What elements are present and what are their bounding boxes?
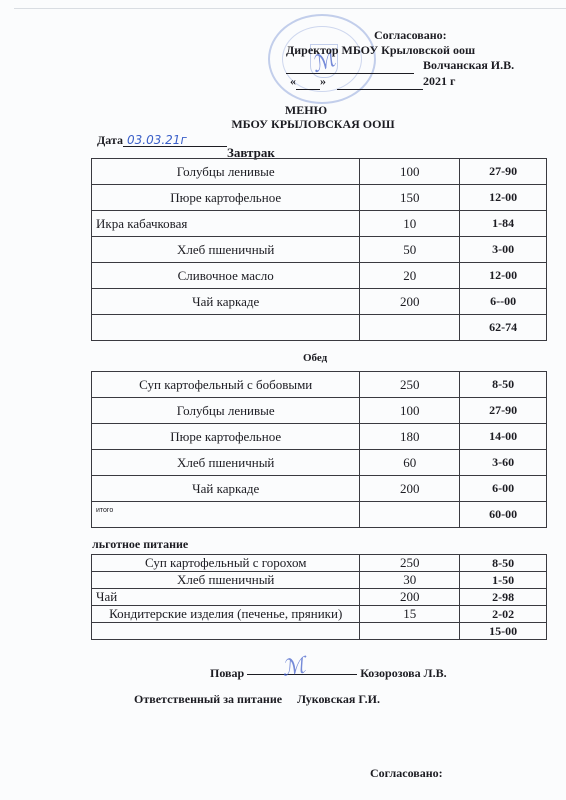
table-row: Пюре картофельное15012-00 (92, 185, 547, 211)
table-row: Суп картофельный с бобовыми2508-50 (92, 372, 547, 398)
price: 8-50 (460, 555, 547, 572)
table-row: Голубцы ленивые10027-90 (92, 159, 547, 185)
dish-name: Хлеб пшеничный (92, 572, 360, 589)
portion-grams: 200 (360, 289, 460, 315)
price: 3-60 (460, 450, 547, 476)
table-row: Сливочное масло2012-00 (92, 263, 547, 289)
lunch-heading: Обед (303, 352, 327, 364)
table-row: Кондитерские изделия (печенье, пряники)1… (92, 606, 547, 623)
table-row: Икра кабачковая101-84 (92, 211, 547, 237)
dish-name: Чай каркаде (92, 289, 360, 315)
portion-grams: 250 (360, 555, 460, 572)
subsidized-heading: льготное питание (92, 537, 188, 552)
total-row: итого60-00 (92, 502, 547, 528)
portion-grams: 60 (360, 450, 460, 476)
total-price: 60-00 (460, 502, 547, 528)
price: 15-00 (460, 623, 547, 640)
dish-name: Суп картофельный с горохом (92, 555, 360, 572)
dish-name (92, 623, 360, 640)
portion-grams: 20 (360, 263, 460, 289)
portion-grams: 100 (360, 398, 460, 424)
price: 6--00 (460, 289, 547, 315)
footer-approval-heading: Согласовано: (370, 766, 443, 781)
portion-grams (360, 623, 460, 640)
price: 12-00 (460, 263, 547, 289)
portion-grams: 100 (360, 159, 460, 185)
dish-name: Пюре картофельное (92, 185, 360, 211)
approval-year: 2021 г (423, 74, 455, 88)
dish-name: Сливочное масло (92, 263, 360, 289)
price: 8-50 (460, 372, 547, 398)
price: 6-00 (460, 476, 547, 502)
date-label: Дата (97, 133, 123, 147)
approval-block: Согласовано: Директор МБОУ Крыловской оо… (286, 28, 556, 90)
total-qty (360, 502, 460, 528)
portion-grams: 15 (360, 606, 460, 623)
document-title: МЕНЮ МБОУ КРЫЛОВСКАЯ ООШ (0, 103, 566, 131)
price: 2-98 (460, 589, 547, 606)
title-school: МБОУ КРЫЛОВСКАЯ ООШ (0, 117, 566, 131)
month-line (337, 74, 423, 90)
table-row: Хлеб пшеничный301-50 (92, 572, 547, 589)
date-value: 03.03.21г (123, 134, 227, 147)
portion-grams: 250 (360, 372, 460, 398)
dish-name: Хлеб пшеничный (92, 450, 360, 476)
portion-grams: 180 (360, 424, 460, 450)
portion-grams (360, 315, 460, 341)
price: 2-02 (460, 606, 547, 623)
table-row: Суп картофельный с горохом2508-50 (92, 555, 547, 572)
dish-name: Голубцы ленивые (92, 398, 360, 424)
price: 14-00 (460, 424, 547, 450)
approval-heading: Согласовано: (286, 28, 556, 43)
price: 1-50 (460, 572, 547, 589)
price: 1-84 (460, 211, 547, 237)
table-row: Чай каркаде2006--00 (92, 289, 547, 315)
table-row: 15-00 (92, 623, 547, 640)
dish-name: Голубцы ленивые (92, 159, 360, 185)
breakfast-table: Голубцы ленивые10027-90Пюре картофельное… (91, 158, 547, 341)
portion-grams: 150 (360, 185, 460, 211)
responsible-row: Ответственный за питание Луковская Г.И. (134, 692, 380, 707)
table-row: Хлеб пшеничный503-00 (92, 237, 547, 263)
cook-label: Повар (210, 666, 244, 680)
dish-name: Кондитерские изделия (печенье, пряники) (92, 606, 360, 623)
table-row: Голубцы ленивые10027-90 (92, 398, 547, 424)
table-row: Пюре картофельное18014-00 (92, 424, 547, 450)
page-edge-line (14, 8, 566, 9)
portion-grams: 200 (360, 589, 460, 606)
lunch-table: Суп картофельный с бобовыми2508-50Голубц… (91, 371, 547, 528)
table-row: 62-74 (92, 315, 547, 341)
dish-name: Суп картофельный с бобовыми (92, 372, 360, 398)
price: 12-00 (460, 185, 547, 211)
date-quote-close: » (320, 74, 326, 88)
dish-name: Чай (92, 589, 360, 606)
dish-name: Хлеб пшеничный (92, 237, 360, 263)
responsible-name: Луковская Г.И. (285, 692, 380, 706)
dish-name (92, 315, 360, 341)
price: 3-00 (460, 237, 547, 263)
portion-grams: 50 (360, 237, 460, 263)
portion-grams: 200 (360, 476, 460, 502)
subsidized-table: Суп картофельный с горохом2508-50Хлеб пш… (91, 554, 547, 640)
cook-name: Козорозова Л.В. (360, 666, 446, 680)
dish-name: Икра кабачковая (92, 211, 360, 237)
portion-grams: 10 (360, 211, 460, 237)
cook-signature: ℳ (280, 653, 308, 682)
price: 62-74 (460, 315, 547, 341)
responsible-label: Ответственный за питание (134, 692, 282, 706)
portion-grams: 30 (360, 572, 460, 589)
dish-name: Чай каркаде (92, 476, 360, 502)
signature-line (286, 58, 414, 74)
title-menu: МЕНЮ (0, 103, 566, 117)
table-row: Хлеб пшеничный603-60 (92, 450, 547, 476)
date-row: Дата03.03.21г (97, 133, 227, 148)
date-quote-open: « (286, 74, 296, 88)
table-row: Чай каркаде2006-00 (92, 476, 547, 502)
price: 27-90 (460, 159, 547, 185)
approval-position: Директор МБОУ Крыловской оош (286, 43, 556, 58)
table-row: Чай2002-98 (92, 589, 547, 606)
price: 27-90 (460, 398, 547, 424)
approval-signatory: Волчанская И.В. (417, 58, 514, 72)
dish-name: Пюре картофельное (92, 424, 360, 450)
cook-signature-row: Повар Козорозова Л.В. (210, 666, 447, 681)
day-line (296, 74, 320, 90)
total-label: итого (92, 502, 360, 528)
